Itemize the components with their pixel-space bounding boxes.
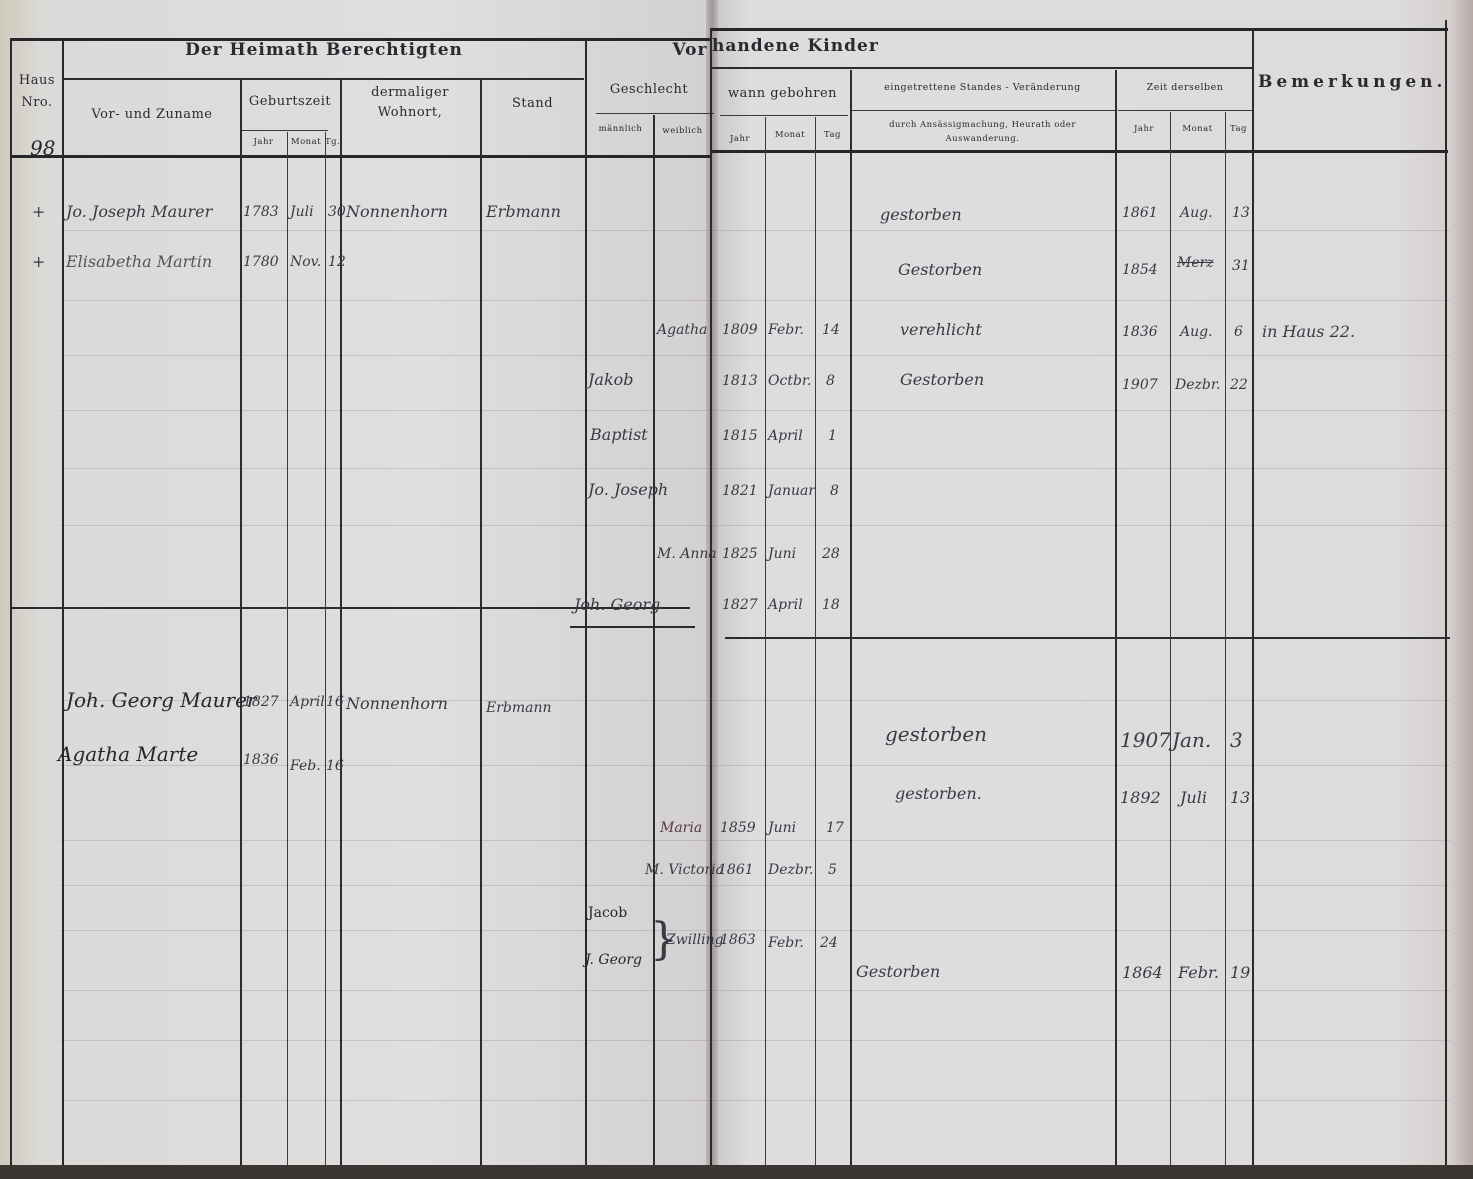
child-male: Joh. Georg (574, 595, 660, 614)
change-year: 1861 (1122, 205, 1158, 221)
change-day: 6 (1234, 324, 1243, 340)
child-female: M. Anna (657, 546, 717, 562)
change-year: 1864 (1122, 963, 1163, 982)
child-month: Febr. (768, 322, 804, 338)
status-change: Gestorben (856, 962, 940, 981)
change-day: 19 (1230, 963, 1250, 982)
status-change: verehlicht (900, 320, 982, 339)
child-day: 18 (822, 597, 840, 613)
col-child-day: Tag (815, 130, 850, 140)
change-month: Febr. (1178, 963, 1219, 982)
status-change: Gestorben (898, 260, 982, 279)
twins-label: Zwilling (666, 932, 724, 948)
col-child-month: Monat (765, 130, 815, 140)
child-male: Jakob (588, 370, 634, 389)
child-day: 14 (822, 322, 840, 338)
child-year: 1815 (722, 428, 758, 444)
status-change: Gestorben (900, 370, 984, 389)
col-sex: Geschlecht (588, 82, 710, 97)
change-year: 1854 (1122, 262, 1158, 278)
change-month: Aug. (1180, 324, 1213, 340)
col-birth-day: Tg. (325, 137, 340, 147)
col-birth-month: Monat (287, 137, 325, 147)
child-year: 1813 (722, 373, 758, 389)
child-day: 8 (826, 373, 835, 389)
child-month: Juni (768, 546, 796, 562)
col-child-year: Jahr (715, 134, 765, 144)
remark: in Haus 22. (1262, 322, 1355, 341)
child-month: April (768, 597, 803, 613)
status-change: gestorben. (895, 784, 982, 803)
birth-day: 30 (328, 204, 346, 220)
child-year: 1861 (718, 862, 754, 878)
birth-day: 12 (328, 254, 346, 270)
child-month: Febr. (768, 935, 804, 951)
change-day: 3 (1230, 728, 1243, 752)
child-month: Juni (768, 820, 796, 836)
col-born-when: wann gebohren (715, 86, 850, 101)
col-name: Vor- und Zuname (64, 107, 240, 122)
right-page (712, 0, 1473, 1179)
middle-title-left: Vor (670, 40, 710, 60)
col-change-day: Tag (1225, 124, 1252, 134)
residence: Nonnenhorn (346, 694, 448, 713)
change-month: Aug. (1180, 205, 1213, 221)
child-month: Dezbr. (768, 862, 813, 878)
change-day: 31 (1232, 258, 1250, 274)
col-change: eingetrettene Standes - Veränderung (850, 82, 1115, 93)
house-number-value: 98 (30, 136, 55, 160)
residence: Nonnenhorn (346, 202, 448, 221)
birth-month: Nov. (290, 254, 321, 270)
col-change-year: Jahr (1118, 124, 1170, 134)
child-year: 1809 (722, 322, 758, 338)
birth-day: 16 (326, 758, 344, 774)
left-page (0, 0, 712, 1179)
parent-name: Agatha Marte (58, 742, 198, 766)
left-section-title: Der Heimath Berechtigten (64, 40, 584, 60)
change-month: Jan. (1172, 728, 1211, 752)
change-year: 1836 (1122, 324, 1158, 340)
death-mark: + (32, 202, 45, 221)
death-mark: + (32, 252, 45, 271)
status-change: gestorben (880, 205, 962, 224)
col-change-time: Zeit derselben (1118, 82, 1252, 93)
change-month: Juli (1180, 788, 1207, 807)
change-day: 22 (1230, 377, 1248, 393)
birth-month: April (290, 694, 325, 710)
child-month: April (768, 428, 803, 444)
child-day: 8 (830, 483, 839, 499)
change-year: 1907 (1120, 728, 1171, 752)
parent-name: Elisabetha Martin (66, 252, 212, 271)
entry-underline (570, 626, 695, 628)
child-year: 1859 (720, 820, 756, 836)
house-number-label: Haus Nro. (14, 70, 60, 114)
parent-name: Joh. Georg Maurer (66, 688, 256, 712)
child-month: Octbr. (768, 373, 812, 389)
change-day: 13 (1230, 788, 1250, 807)
col-change-sub-1: durch Ansässigmachung, Heurath oder (850, 120, 1115, 130)
child-day: 5 (828, 862, 837, 878)
child-day: 24 (820, 935, 838, 951)
col-change-sub-2: Auswanderung. (850, 134, 1115, 144)
birth-year: 1836 (243, 752, 279, 768)
status-change: gestorben (885, 722, 987, 746)
birth-year: 1780 (243, 254, 279, 270)
child-year: 1827 (722, 597, 758, 613)
birth-year: 1827 (243, 694, 279, 710)
col-male: männlich (588, 124, 653, 134)
birth-year: 1783 (243, 204, 279, 220)
change-day: 13 (1232, 205, 1250, 221)
change-month: Dezbr. (1175, 377, 1220, 393)
child-female: Agatha (657, 322, 707, 338)
page-edge (1448, 0, 1473, 1179)
child-male: Jacob (588, 905, 627, 921)
status: Erbmann (486, 700, 552, 716)
col-birth: Geburtszeit (240, 94, 340, 109)
child-day: 28 (822, 546, 840, 562)
child-year: 1821 (722, 483, 758, 499)
change-year: 1907 (1122, 377, 1158, 393)
birth-month: Juli (290, 204, 314, 220)
child-female: Maria (660, 820, 702, 836)
child-female: M. Victoria (645, 862, 724, 878)
child-male: Jo. Joseph (588, 480, 668, 499)
change-month: Merz (1177, 255, 1214, 271)
child-male: J. Georg (585, 952, 642, 968)
parent-name: Jo. Joseph Maurer (66, 202, 212, 221)
child-day: 1 (828, 428, 837, 444)
status: Erbmann (486, 202, 561, 221)
child-month: Januar (768, 483, 815, 499)
child-year: 1863 (720, 932, 756, 948)
child-year: 1825 (722, 546, 758, 562)
change-year: 1892 (1120, 788, 1161, 807)
middle-title-right: handene Kinder (712, 36, 879, 56)
birth-day: 16 (326, 694, 344, 710)
col-residence-1: dermaliger (340, 85, 480, 100)
child-male: Baptist (590, 425, 648, 444)
col-residence-2: Wohnort, (340, 105, 480, 120)
remarks-title: Bemerkungen. (1258, 72, 1444, 92)
col-female: weiblich (655, 126, 710, 136)
birth-month: Feb. (290, 758, 321, 774)
col-birth-year: Jahr (240, 137, 287, 147)
book-bottom-shadow (0, 1165, 1473, 1179)
col-change-month: Monat (1170, 124, 1225, 134)
col-status: Stand (480, 96, 585, 111)
child-day: 17 (826, 820, 844, 836)
